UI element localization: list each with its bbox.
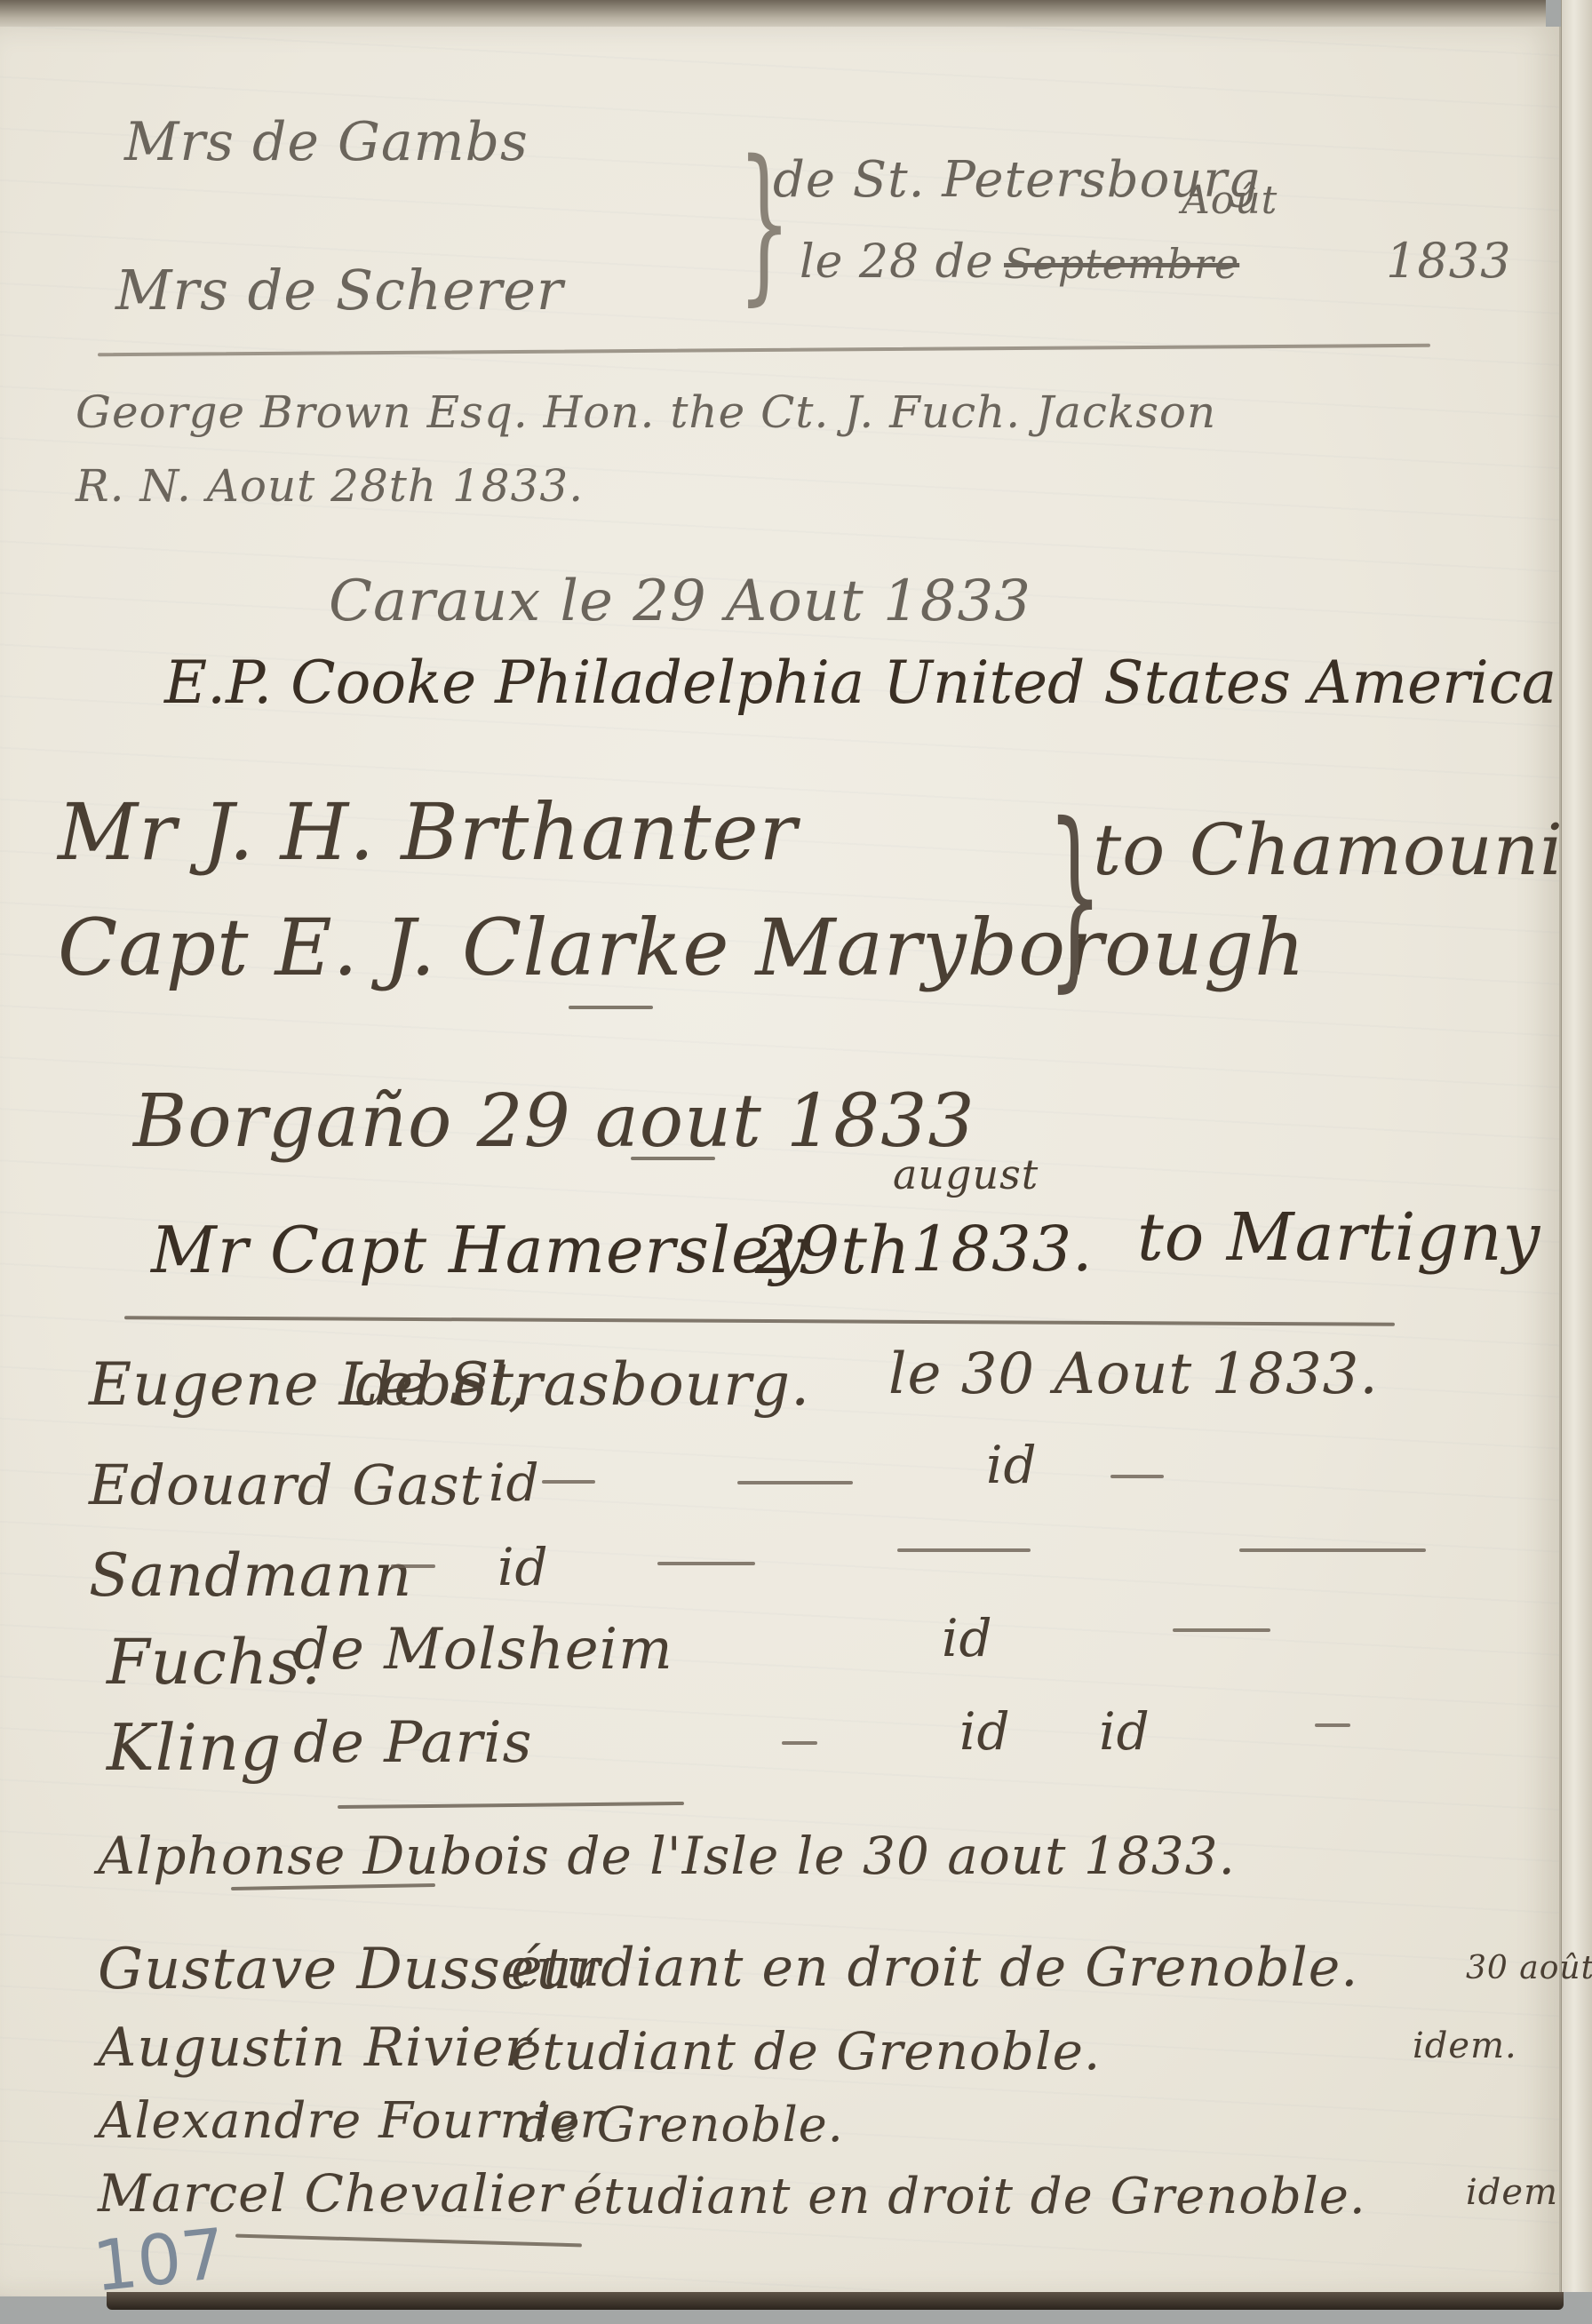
entry-7-row-4-date: id [942,1608,993,1668]
page-top-edge [0,0,1546,30]
entry-2-line-1: George Brown Esq. Hon. the Ct. J. Fuch. … [76,386,1216,438]
entry-9-row-3-note: de Grenoble. [520,2097,844,2153]
entry-7-row-2-name: Edouard Gast [89,1452,482,1517]
next-page-edge [1561,0,1592,2292]
entry-9-row-2-name: Augustin Rivier [98,2017,530,2079]
entry-7-row-5-origin: de Paris [293,1710,532,1776]
entry-3-header: Caraux le 29 Aout 1833 [329,569,1031,634]
entry-1-name-2: Mrs de Scherer [115,258,564,322]
entry-9-row-4-date: idem [1466,2172,1558,2213]
entry-7-row-4-origin: de Molsheim [293,1617,673,1683]
ditto-dash [391,1564,435,1568]
ditto-dash [1239,1548,1426,1552]
entry-3-line: E.P. Cooke Philadelphia United States Am… [164,649,1556,717]
entry-9-row-4-name: Marcel Chevalier [98,2163,563,2224]
entry-1-name-1: Mrs de Gambs [124,111,529,173]
divider-3 [124,1316,1395,1325]
ditto-dash [657,1562,755,1565]
entry-7-row-1-origin: de Strasbourg. [355,1350,810,1419]
entry-4-destination: to Chamouni [1093,808,1564,891]
entry-9-row-2-note: étudiant de Grenoble. [511,2021,1101,2081]
entry-9-row-1-date: 30 août [1466,1950,1592,1986]
ditto-dash [1315,1723,1350,1727]
divider-2 [569,1006,653,1009]
manuscript-page: Mrs de Gambs Mrs de Scherer } de St. Pet… [0,27,1561,2296]
entry-7-row-3-name: Sandmann [89,1541,412,1610]
entry-6-line-start: Mr Capt Hamersley [151,1213,807,1287]
divider-1 [98,344,1430,356]
entry-5-underline [631,1157,715,1160]
ditto-dash [782,1741,817,1745]
entry-9-row-2-date: idem. [1413,2026,1517,2066]
entry-1-year: 1833 [1386,233,1511,289]
entry-7-row-2-origin: id [489,1452,540,1513]
entry-1-date-prefix: le 28 de [800,235,994,289]
entry-6-destination: to Martigny [1137,1199,1540,1276]
entry-7-row-2-date: id [986,1435,1038,1495]
entry-7-row-3-origin: id [497,1537,549,1597]
entry-6-date-year: 1833. [911,1213,1093,1285]
entry-7-row-5-name: Kling [107,1710,282,1785]
ditto-dash [897,1548,1031,1552]
entry-6-date-inserted: august [893,1150,1039,1198]
entry-1-date-struck: Septembre [1004,240,1239,288]
ditto-dash [1110,1475,1164,1478]
entry-7-row-4-name: Fuchs. [107,1626,322,1699]
ditto-dash [737,1481,853,1484]
page-bottom-edge [107,2292,1564,2310]
divider-6 [235,2234,582,2248]
entry-4-name-2: Capt E. J. Clarke Maryborough [58,902,1306,993]
entry-9-row-1-note: étudiant en droit de Grenoble. [511,1937,1358,1999]
book-spread: Mrs de Gambs Mrs de Scherer } de St. Pet… [0,0,1592,2324]
entry-5-line: Borgaño 29 aout 1833 [133,1079,975,1164]
entry-8-line: Alphonse Dubois de l'Isle le 30 aout 183… [98,1826,1236,1886]
entry-1-date-inserted: Août [1182,178,1278,223]
ditto-dash [542,1480,595,1484]
entry-6-date-day: 29th [755,1213,911,1289]
ditto-dash [1173,1628,1270,1632]
entry-4-name-1: Mr J. H. Brthanter [58,786,798,878]
entry-2-line-2: R. N. Aout 28th 1833. [76,460,584,512]
entry-7-row-5-date: id id [959,1701,1150,1762]
entry-9-row-4-note: étudiant en droit de Grenoble. [573,2168,1366,2225]
entry-7-row-1-date: le 30 Aout 1833. [888,1341,1379,1407]
divider-4 [338,1802,684,1809]
